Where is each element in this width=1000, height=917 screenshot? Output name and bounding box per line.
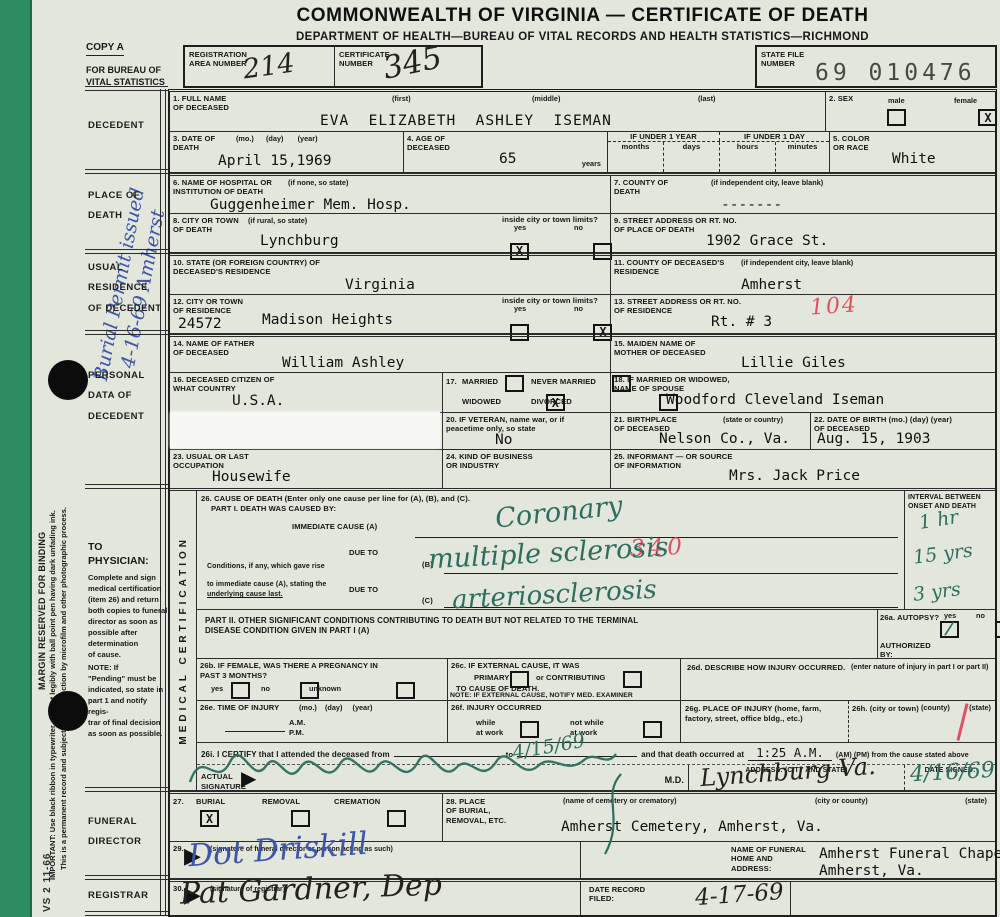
field-external-cause: 26c. IF EXTERNAL CAUSE, IT WAS PRIMARY o… xyxy=(448,659,681,700)
not-while-at-work-checkbox xyxy=(643,721,662,738)
injury-city-label: 26h. (city or town) xyxy=(852,704,919,713)
sidebar-funeral-director: FUNERAL DIRECTOR xyxy=(88,812,141,853)
minutes-label: minutes xyxy=(776,142,829,172)
limits-yes-label-2: yes xyxy=(514,305,526,314)
residence-county-value: Amherst xyxy=(741,278,802,293)
field-mother-name: 15. MAIDEN NAME OF MOTHER OF DECEASED Li… xyxy=(611,337,995,372)
date-of-death-value: April 15,1969 xyxy=(218,154,332,169)
informant-value: Mrs. Jack Price xyxy=(729,469,860,484)
death-certificate-scan: MARGIN RESERVED FOR BINDING IMPORTANT: U… xyxy=(0,0,1000,917)
sidebar-registrar: REGISTRAR xyxy=(88,886,148,906)
middle-hint: (middle) xyxy=(532,95,560,104)
field-residence-state: 10. STATE (OR FOREIGN COUNTRY) OF DECEAS… xyxy=(170,256,611,294)
field-marital-status: 17. MARRIED NEVER MARRIED WIDOWED X DIVO… xyxy=(443,373,611,412)
red-code-104: 104 xyxy=(809,292,859,320)
citizen-label: 16. DECEASED CITIZEN OF WHAT COUNTRY xyxy=(173,375,274,394)
widowed-label: WIDOWED xyxy=(462,397,501,406)
state-file-value: 69 010476 xyxy=(815,60,976,86)
field-birthplace: 21. BIRTHPLACE OF DECEASED (state or cou… xyxy=(611,413,811,449)
row-part2-autopsy: PART II. OTHER SIGNIFICANT CONDITIONS CO… xyxy=(197,610,995,660)
under-1-year-label: IF UNDER 1 YEAR xyxy=(608,132,720,141)
hospital-hint: (if none, so state) xyxy=(288,179,348,188)
empty-cell xyxy=(791,882,995,915)
margin-title: MARGIN RESERVED FOR BINDING xyxy=(36,130,49,690)
residence-zip-value: 24572 xyxy=(178,317,222,332)
row-hospital-county: 6. NAME OF HOSPITAL OR INSTITUTION OF DE… xyxy=(170,173,995,214)
rule xyxy=(85,911,168,916)
field-county-of-death: 7. COUNTY OF DEATH (if independent city,… xyxy=(611,176,995,213)
married-checkbox xyxy=(505,375,524,392)
cause-line-b xyxy=(444,573,898,574)
burial-checkbox: X xyxy=(200,810,219,827)
residence-state-label: 10. STATE (OR FOREIGN COUNTRY) OF DECEAS… xyxy=(173,258,320,277)
rule xyxy=(85,484,168,489)
rule xyxy=(85,787,168,792)
field-residence-street: 13. STREET ADDRESS OR RT. NO. OF RESIDEN… xyxy=(611,295,995,333)
state-file-box: STATE FILE NUMBER 69 010476 xyxy=(755,45,997,88)
removal-label: REMOVAL xyxy=(262,797,300,806)
rule xyxy=(85,169,168,174)
autopsy-label: 26a. AUTOPSY? xyxy=(880,613,939,622)
copy-label: COPY A xyxy=(86,42,124,56)
city-of-death-hint: (if rural, so state) xyxy=(248,217,307,226)
field-hospital: 6. NAME OF HOSPITAL OR INSTITUTION OF DE… xyxy=(170,176,611,213)
field-place-of-burial: 28. PLACE OF BURIAL, REMOVAL, ETC. (name… xyxy=(443,794,995,841)
female-checkbox: X xyxy=(978,109,997,126)
field-father-name: 14. NAME OF FATHER OF DECEASED William A… xyxy=(170,337,611,372)
row-name-sex: 1. FULL NAME OF DECEASED (first) (middle… xyxy=(170,92,995,132)
injury-state-label: (state) xyxy=(969,704,991,713)
certificate-number-value: 345 xyxy=(380,39,445,87)
age-unit-label: years xyxy=(582,160,601,169)
field-full-name: 1. FULL NAME OF DECEASED (first) (middle… xyxy=(170,92,826,131)
first-hint: (first) xyxy=(392,95,411,104)
funeral-home-label: NAME OF FUNERAL HOME AND ADDRESS: xyxy=(731,845,806,873)
funeral-director-number: 29. xyxy=(173,844,184,853)
authorized-by-label: AUTHORIZED BY: xyxy=(880,641,931,660)
funeral-home-city-value: Amherst, Va. xyxy=(819,864,924,879)
primary-label: PRIMARY xyxy=(474,673,509,682)
interval-a-value: 1 hr xyxy=(918,506,960,534)
redaction-patch xyxy=(170,412,440,448)
sidebar-place-of-death: PLACE OF DEATH xyxy=(88,186,140,227)
place-of-injury-label: 26g. PLACE OF INJURY (home, farm, factor… xyxy=(685,704,821,723)
row-citizen-marital: 16. DECEASED CITIZEN OF WHAT COUNTRY U.S… xyxy=(170,373,995,413)
sidebar-decedent: DECEDENT xyxy=(88,116,144,136)
row-parents: 14. NAME OF FATHER OF DECEASED William A… xyxy=(170,334,995,373)
limits-label-2: inside city or town limits? xyxy=(492,296,608,305)
burial-label: BURIAL xyxy=(196,797,225,806)
rule xyxy=(85,875,168,880)
date-filed-label: DATE RECORD FILED: xyxy=(589,885,645,904)
field-pregnancy: 26b. IF FEMALE, WAS THERE A PREGNANCY IN… xyxy=(197,659,448,700)
veteran-value: No xyxy=(495,433,512,448)
field-residence-county: 11. COUNTY OF DECEASED'S RESIDENCE (if i… xyxy=(611,256,995,294)
field-spouse: 18. IF MARRIED OR WIDOWED, NAME OF SPOUS… xyxy=(611,373,995,412)
city-of-death-value: Lynchburg xyxy=(260,234,339,249)
funeral-home-name-value: Amherst Funeral Chapel xyxy=(819,847,1000,862)
pregnancy-yes-label: yes xyxy=(211,685,223,694)
autopsy-no-label: no xyxy=(976,612,985,621)
color-race-value: White xyxy=(892,152,936,167)
row-residence-state: 10. STATE (OR FOREIGN COUNTRY) OF DECEAS… xyxy=(170,253,995,295)
registration-area-label: REGISTRATION AREA NUMBER xyxy=(189,50,247,69)
pregnancy-unknown-label: unknown xyxy=(309,685,341,694)
state-file-label: STATE FILE NUMBER xyxy=(761,50,804,69)
street-of-death-value: 1902 Grace St. xyxy=(706,234,828,249)
conditions-note: Conditions, if any, which gave rise to i… xyxy=(207,555,326,600)
cremation-label: CREMATION xyxy=(334,797,380,806)
hospital-value: Guggenheimer Mem. Hosp. xyxy=(210,198,411,213)
divorced-label: DIVORCED xyxy=(531,397,572,406)
removal-checkbox xyxy=(291,810,310,827)
field-state-file-number: STATE FILE NUMBER 69 010476 xyxy=(757,47,995,86)
row-occupation-informant: 23. USUAL OR LAST OCCUPATION Housewife 2… xyxy=(170,450,995,488)
contributing-label: or CONTRIBUTING xyxy=(536,673,605,682)
place-of-burial-label: 28. PLACE OF BURIAL, REMOVAL, ETC. xyxy=(446,797,506,825)
color-race-label: 5. COLOR OR RACE xyxy=(833,134,870,153)
signature-descender-stroke xyxy=(593,772,629,856)
autopsy-yes-mark: / xyxy=(943,620,956,638)
physician-signature xyxy=(182,732,622,794)
registration-box: REGISTRATION AREA NUMBER 214 CERTIFICATE… xyxy=(183,45,483,88)
field-date-of-death: 3. DATE OF DEATH (mo.) (day) (year) Apri… xyxy=(170,132,404,172)
pregnancy-label: 26b. IF FEMALE, WAS THERE A PREGNANCY IN… xyxy=(200,661,378,680)
under-1-day-label: IF UNDER 1 DAY xyxy=(720,132,829,141)
state-hint: (state) xyxy=(965,797,987,806)
bureau-label: FOR BUREAU OF VITAL STATISTICS xyxy=(86,64,165,88)
date-of-death-hint: (mo.) (day) (year) xyxy=(236,135,318,144)
rule-vertical xyxy=(160,89,166,915)
hours-label: hours xyxy=(720,142,776,172)
burial-mark: X xyxy=(206,813,213,825)
immediate-cause-label: IMMEDIATE CAUSE (A) xyxy=(292,522,377,531)
notify-examiner-note: NOTE: IF EXTERNAL CAUSE, NOTIFY MED. EXA… xyxy=(450,692,633,700)
field-how-injury-occurred: 26d. DESCRIBE HOW INJURY OCCURRED. (ente… xyxy=(681,659,995,700)
sidebar-personal-data: PERSONAL DATA OF DECEDENT xyxy=(88,366,145,427)
business-label: 24. KIND OF BUSINESS OR INDUSTRY xyxy=(446,452,533,471)
city-of-death-label: 8. CITY OR TOWN OF DEATH xyxy=(173,216,239,235)
father-label: 14. NAME OF FATHER OF DECEASED xyxy=(173,339,254,358)
contributing-checkbox xyxy=(623,671,642,688)
field-business: 24. KIND OF BUSINESS OR INDUSTRY xyxy=(443,450,611,488)
binding-edge xyxy=(0,0,32,917)
date-signed-value: 4/16/69 xyxy=(909,758,995,787)
residence-county-label: 11. COUNTY OF DECEASED'S RESIDENCE xyxy=(614,258,724,277)
pregnancy-no-label: no xyxy=(261,685,270,694)
under-one-grid: IF UNDER 1 YEAR IF UNDER 1 DAY months da… xyxy=(608,132,830,172)
female-label: female xyxy=(954,97,977,106)
injury-occurred-label: 26d. DESCRIBE HOW INJURY OCCURRED. xyxy=(687,663,845,672)
field-informant: 25. INFORMANT — OR SOURCE OF INFORMATION… xyxy=(611,450,995,488)
limits-label: inside city or town limits? xyxy=(492,215,608,224)
age-label: 4. AGE OF DECEASED xyxy=(407,134,450,153)
field-citizen: 16. DECEASED CITIZEN OF WHAT COUNTRY U.S… xyxy=(170,373,443,412)
field-residence-city: 12. CITY OR TOWN OF RESIDENCE 24572 Madi… xyxy=(170,295,611,333)
field-age: 4. AGE OF DECEASED 65 years xyxy=(404,132,608,172)
married-label: MARRIED xyxy=(462,377,498,386)
injury-at-work-label: 26f. INJURY OCCURRED xyxy=(451,703,542,712)
hospital-label: 6. NAME OF HOSPITAL OR INSTITUTION OF DE… xyxy=(173,178,272,197)
never-married-label: NEVER MARRIED xyxy=(531,377,596,386)
cremation-checkbox xyxy=(387,810,406,827)
rule xyxy=(85,249,168,254)
row-death-date-age: 3. DATE OF DEATH (mo.) (day) (year) Apri… xyxy=(170,132,995,173)
field-city-of-death: 8. CITY OR TOWN OF DEATH (if rural, so s… xyxy=(170,214,611,252)
rule xyxy=(85,86,168,91)
full-name-label: 1. FULL NAME OF DECEASED xyxy=(173,94,229,113)
field-certificate-number: CERTIFICATE NUMBER 345 xyxy=(335,47,481,86)
citizen-value: U.S.A. xyxy=(232,394,284,409)
male-label: male xyxy=(888,97,905,106)
sidebar-to-physician-body: Complete and sign medical certification … xyxy=(88,572,168,660)
due-to-label-1: DUE TO xyxy=(349,548,378,557)
occupation-value: Housewife xyxy=(212,470,291,485)
field-place-of-injury: 26g. PLACE OF INJURY (home, farm, factor… xyxy=(681,701,849,742)
field-color-or-race: 5. COLOR OR RACE White xyxy=(830,132,995,172)
limits-block-residence: inside city or town limits? yes no X xyxy=(492,296,608,323)
field-street-of-death: 9. STREET ADDRESS OR RT. NO. OF PLACE OF… xyxy=(611,214,995,252)
form-code: VS 2 11-66 xyxy=(42,792,53,912)
field-date-of-birth: 22. DATE OF BIRTH (mo.) (day) (year) OF … xyxy=(811,413,995,449)
female-check-mark: X xyxy=(984,112,991,124)
line-c-tag: (C) xyxy=(422,596,433,605)
conditions-note-2: underlying cause last. xyxy=(207,591,326,600)
full-name-value: EVA ELIZABETH ASHLEY ISEMAN xyxy=(320,114,612,129)
mother-value: Lillie Giles xyxy=(741,356,846,371)
time-of-injury-hint: (mo.) (day) (year) xyxy=(299,704,372,713)
disposition-number: 27. xyxy=(173,797,184,806)
page-title: COMMONWEALTH OF VIRGINIA — CERTIFICATE O… xyxy=(170,6,995,27)
residence-city-value: Madison Heights xyxy=(262,313,393,328)
field-registration-area: REGISTRATION AREA NUMBER 214 xyxy=(185,47,335,86)
row-city-of-death: 8. CITY OR TOWN OF DEATH (if rural, so s… xyxy=(170,214,995,253)
row-26b-26d: 26b. IF FEMALE, WAS THERE A PREGNANCY IN… xyxy=(197,659,995,701)
county-of-death-label: 7. COUNTY OF DEATH xyxy=(614,178,668,197)
birthplace-hint: (state or country) xyxy=(723,416,783,425)
occurred-text: and that death occurred at xyxy=(641,750,744,760)
field-sex: 2. SEX male female X xyxy=(826,92,995,131)
medical-certification-vertical-label: MEDICAL CERTIFICATION xyxy=(178,536,189,745)
part2-label: PART II. OTHER SIGNIFICANT CONDITIONS CO… xyxy=(205,616,638,636)
male-checkbox xyxy=(887,109,906,126)
sex-label: 2. SEX xyxy=(829,94,853,103)
days-label: days xyxy=(664,142,720,172)
field-autopsy: 26a. AUTOPSY? yes / no X AUTHORIZED BY: xyxy=(877,610,995,659)
am-label: A.M. xyxy=(289,718,305,727)
informant-label: 25. INFORMANT — OR SOURCE OF INFORMATION xyxy=(614,452,733,471)
residence-street-value: Rt. # 3 xyxy=(711,315,772,330)
field-veteran: 20. IF VETERAN, name war, or if peacetim… xyxy=(443,413,611,449)
external-cause-label: 26c. IF EXTERNAL CAUSE, IT WAS xyxy=(451,661,580,670)
part1-label: PART I. DEATH WAS CAUSED BY: xyxy=(211,504,336,513)
mother-label: 15. MAIDEN NAME OF MOTHER OF DECEASED xyxy=(614,339,706,358)
limits-no-label-2: no xyxy=(574,305,583,314)
field-funeral-home: NAME OF FUNERAL HOME AND ADDRESS: Amhers… xyxy=(581,842,995,878)
page-subtitle: DEPARTMENT OF HEALTH—BUREAU OF VITAL REC… xyxy=(170,31,995,45)
autopsy-no-checkbox: X xyxy=(995,621,1000,638)
interval-b-value: 15 yrs xyxy=(912,539,974,568)
interval-c-value: 3 yrs xyxy=(912,578,962,606)
pregnancy-yes-checkbox xyxy=(231,682,250,699)
father-value: William Ashley xyxy=(282,356,404,371)
md-label: M.D. xyxy=(665,775,684,786)
county-of-death-hint: (if independent city, leave blank) xyxy=(711,179,823,188)
field-occupation: 23. USUAL OR LAST OCCUPATION Housewife xyxy=(170,450,443,488)
residence-city-label: 12. CITY OR TOWN OF RESIDENCE xyxy=(173,297,243,316)
due-to-label-2: DUE TO xyxy=(349,585,378,594)
injury-county-label: (county) xyxy=(921,704,950,713)
birthplace-value: Nelson Co., Va. xyxy=(659,432,790,447)
red-slash-mark xyxy=(956,704,968,741)
residence-county-hint: (if independent city, leave blank) xyxy=(741,259,853,268)
autopsy-yes-checkbox: / xyxy=(940,621,959,638)
date-of-birth-value: Aug. 15, 1903 xyxy=(817,432,931,447)
punch-hole-bottom xyxy=(48,691,88,731)
date-of-death-label: 3. DATE OF DEATH xyxy=(173,134,215,153)
field-injury-location: 26h. (city or town) (county) (state) xyxy=(849,701,995,742)
sidebar-to-physician-heading: TO PHYSICIAN: xyxy=(88,540,149,568)
last-hint: (last) xyxy=(698,95,715,104)
cause-label: 26. CAUSE OF DEATH (Enter only one cause… xyxy=(201,494,470,503)
pregnancy-unknown-checkbox xyxy=(396,682,415,699)
marital-number: 17. xyxy=(446,377,457,386)
time-of-injury-label: 26e. TIME OF INJURY xyxy=(200,703,279,712)
county-of-death-value: ------- xyxy=(721,198,782,213)
punch-hole-top xyxy=(48,360,88,400)
sidebar-to-physician-note: NOTE: If "Pending" must be indicated, so… xyxy=(88,662,168,739)
injury-occurred-hint: (enter nature of injury in part I or par… xyxy=(851,663,988,672)
limits-yes-label: yes xyxy=(514,224,526,233)
rule xyxy=(85,330,168,335)
row-residence-city: 12. CITY OR TOWN OF RESIDENCE 24572 Madi… xyxy=(170,295,995,334)
residence-state-value: Virginia xyxy=(345,278,415,293)
conditions-note-1: Conditions, if any, which gave rise to i… xyxy=(207,563,326,588)
limits-no-label: no xyxy=(574,224,583,233)
sidebar-usual-residence: USUAL RESIDENCE OF DECEDENT xyxy=(88,258,162,319)
limits-block-death: inside city or town limits? yes no X xyxy=(492,215,608,242)
months-label: months xyxy=(608,142,664,172)
margin-important-note: IMPORTANT: Use black ribbon in typewrite… xyxy=(48,100,59,880)
spouse-value: Woodford Cleveland Iseman xyxy=(666,393,884,408)
registration-area-value: 214 xyxy=(241,48,296,86)
city-county-hint: (city or county) xyxy=(815,797,868,806)
age-value: 65 xyxy=(499,152,516,167)
